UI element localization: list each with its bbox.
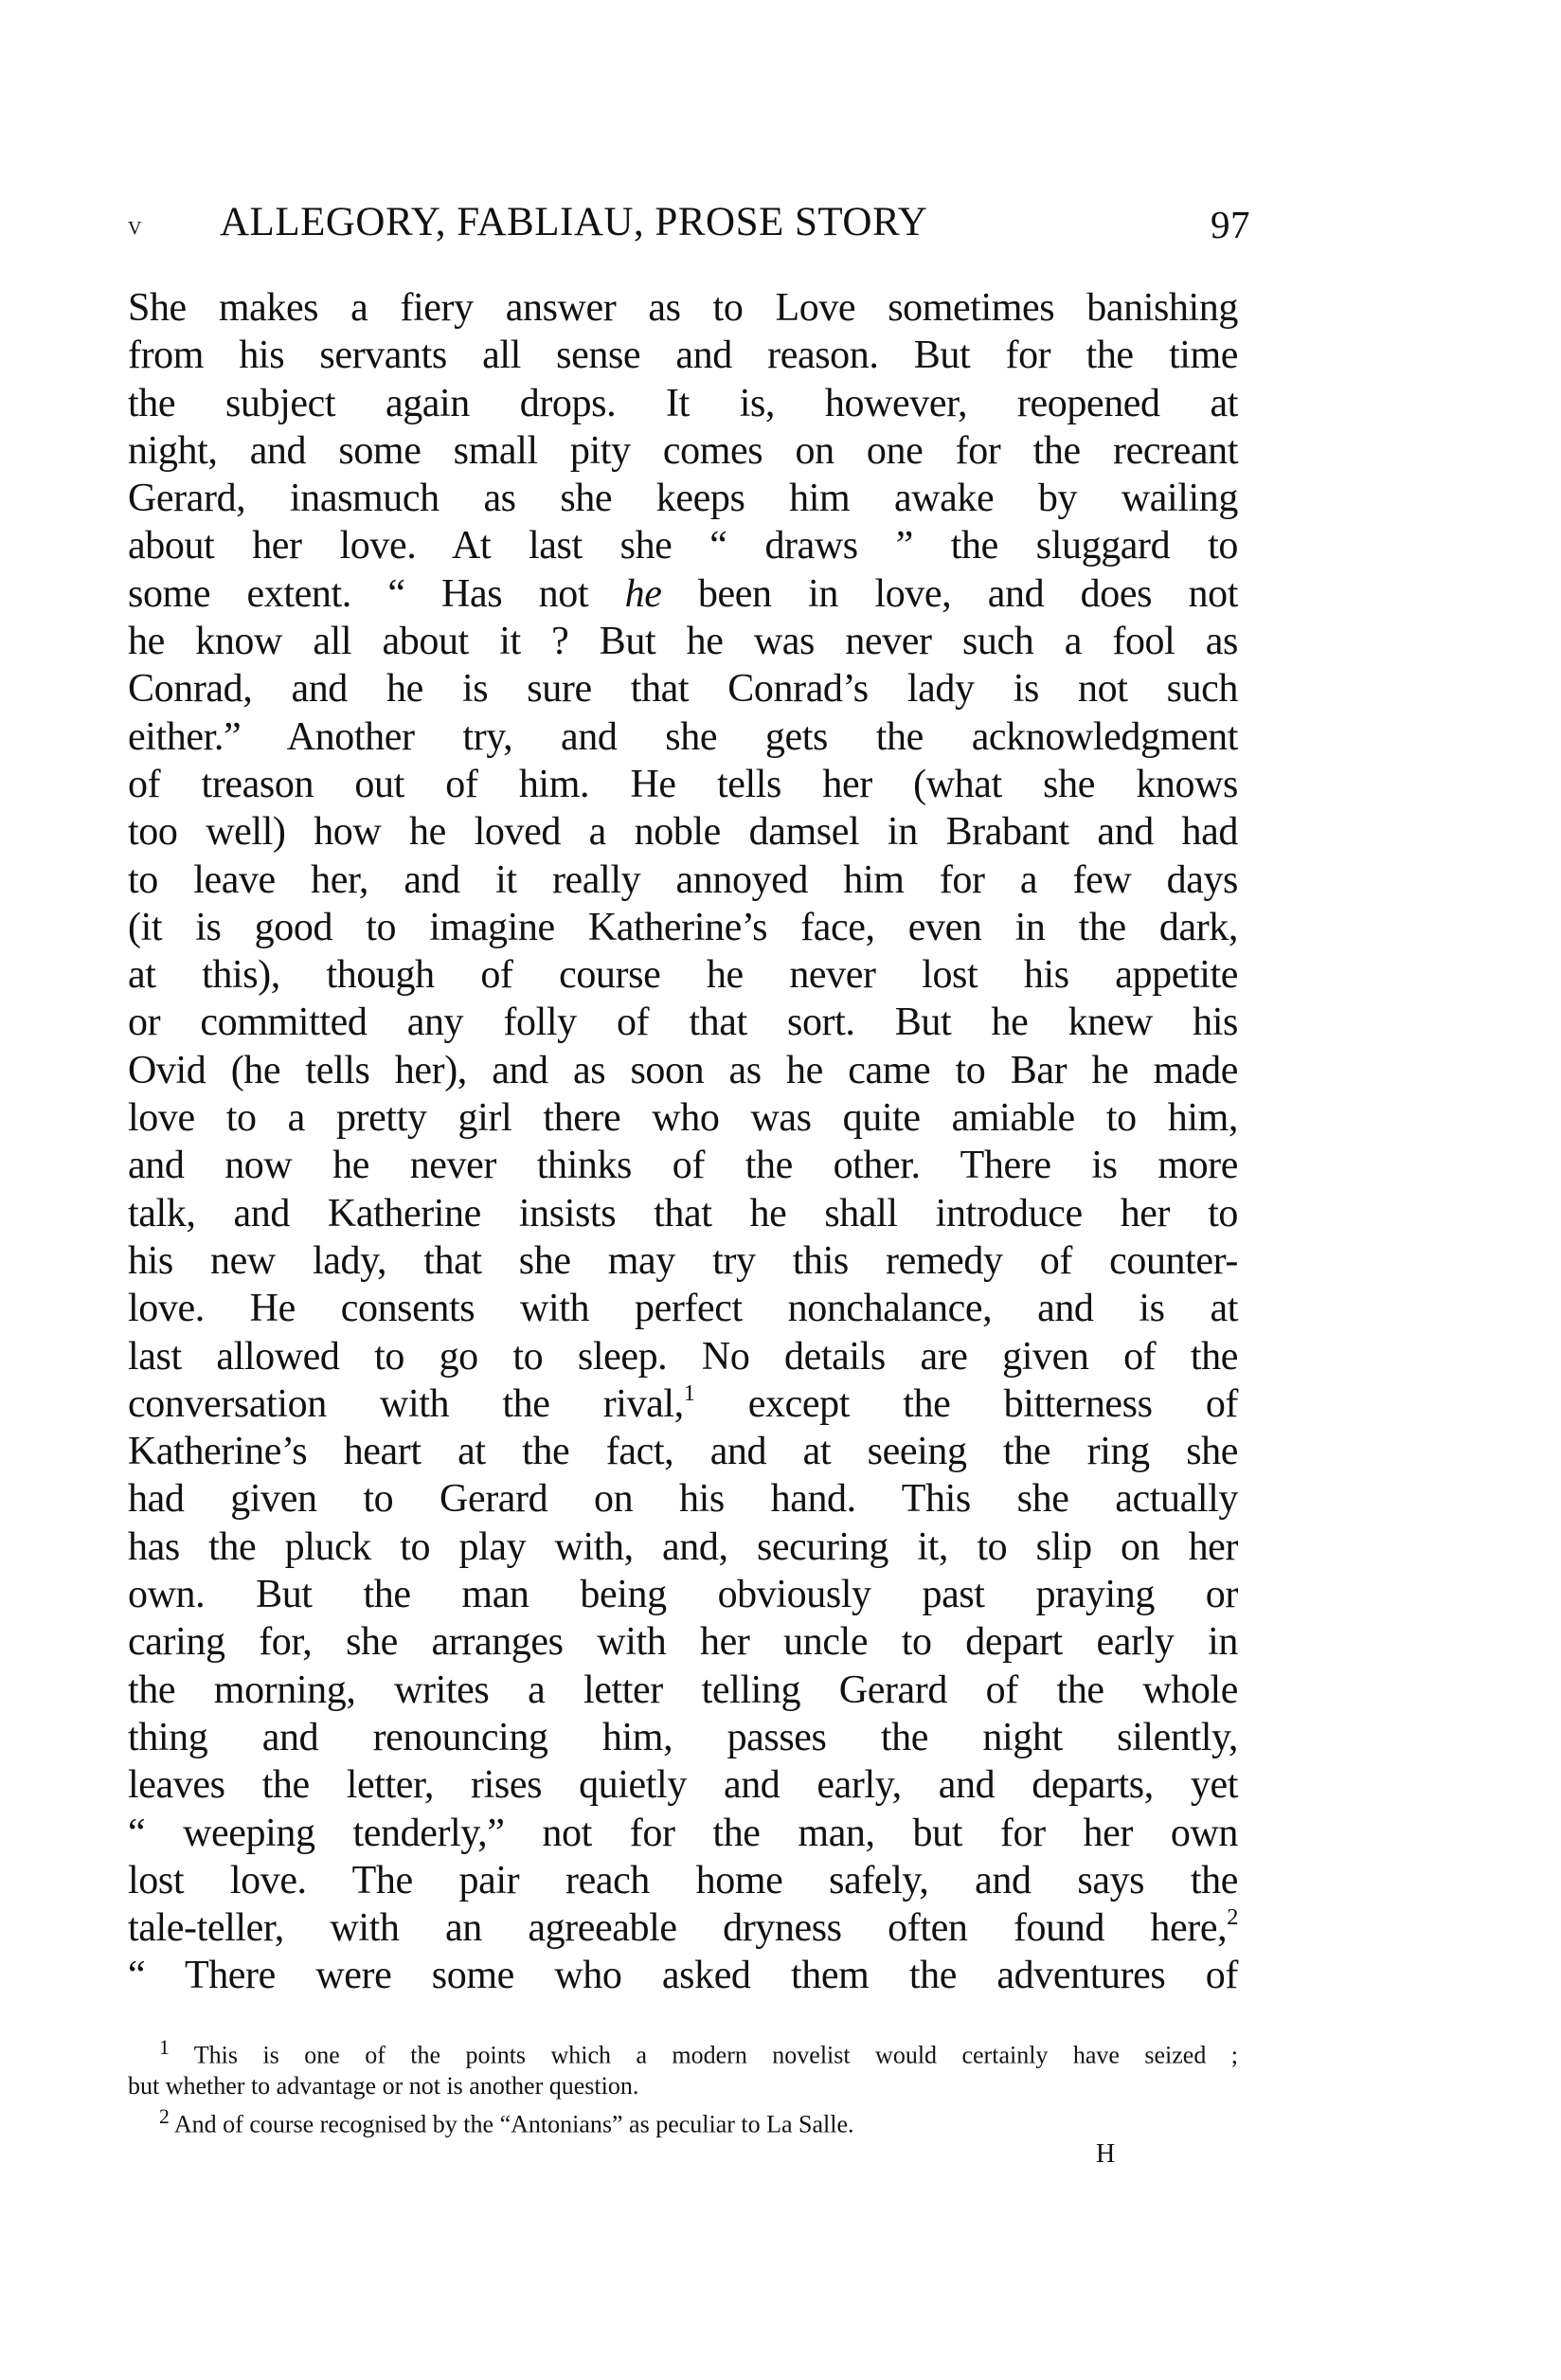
text-line: his new lady, that she may try this reme…	[128, 1237, 1238, 1285]
text-line: thing and renouncing him, passes the nig…	[128, 1714, 1238, 1761]
body-text: She makes a fiery answer as to Love some…	[128, 284, 1238, 2000]
text-segment: except the bitterness of	[695, 1382, 1238, 1426]
footnote-2: 2 And of course recognised by the “Anton…	[128, 2101, 1238, 2140]
text-line: conversation with the rival,1 except the…	[128, 1380, 1238, 1428]
text-line: talk, and Katherine insists that he shal…	[128, 1190, 1238, 1237]
chapter-number: v	[128, 198, 142, 255]
text-line: Ovid (he tells her), and as soon as he c…	[128, 1047, 1238, 1094]
text-segment: conversation with the rival,	[128, 1382, 684, 1426]
text-line: he know all about it ? But he was never …	[128, 618, 1238, 665]
footnote-1: 1 This is one of the points which a mode…	[128, 2032, 1238, 2071]
text-line: about her love. At last she “ draws ” th…	[128, 522, 1238, 569]
text-line: own. But the man being obviously past pr…	[128, 1571, 1238, 1618]
text-line: lost love. The pair reach home safely, a…	[128, 1857, 1238, 1904]
text-line: “ weeping tenderly,” not for the man, bu…	[128, 1810, 1238, 1857]
footnote-text: This is one of the points which a modern…	[170, 2042, 1238, 2069]
footnote-ref-2[interactable]: 2	[1227, 1904, 1238, 1930]
text-line: too well) how he loved a noble damsel in…	[128, 808, 1238, 856]
footnote-marker-2: 2	[159, 2105, 170, 2128]
page-number: 97	[1211, 196, 1250, 253]
footnotes: 1 This is one of the points which a mode…	[128, 2032, 1238, 2139]
footnote-ref-1[interactable]: 1	[684, 1380, 695, 1406]
text-line: Katherine’s heart at the fact, and at se…	[128, 1428, 1238, 1475]
text-line: the subject again drops. It is, however,…	[128, 380, 1238, 427]
text-line: either.” Another try, and she gets the a…	[128, 713, 1238, 761]
text-line: the morning, writes a letter telling Ger…	[128, 1667, 1238, 1714]
text-line: some extent. “ Has not he been in love, …	[128, 570, 1238, 618]
text-line: Conrad, and he is sure that Conrad’s lad…	[128, 665, 1238, 712]
running-head: v ALLEGORY, FABLIAU, PROSE STORY 97	[128, 194, 1250, 251]
text-line: “ There were some who asked them the adv…	[128, 1952, 1238, 1999]
text-line: last allowed to go to sleep. No details …	[128, 1333, 1238, 1380]
text-line: caring for, she arranges with her uncle …	[128, 1618, 1238, 1666]
text-line: and now he never thinks of the other. Th…	[128, 1142, 1238, 1189]
footnote-1-continued: but whether to advantage or not is anoth…	[128, 2071, 1238, 2101]
book-page: v ALLEGORY, FABLIAU, PROSE STORY 97 She …	[0, 0, 1561, 2380]
text-line: or committed any folly of that sort. But…	[128, 999, 1238, 1046]
text-line: had given to Gerard on his hand. This sh…	[128, 1475, 1238, 1523]
running-head-title: ALLEGORY, FABLIAU, PROSE STORY	[220, 194, 927, 251]
text-line: has the pluck to play with, and, securin…	[128, 1524, 1238, 1571]
text-line: Gerard, inasmuch as she keeps him awake …	[128, 475, 1238, 522]
text-line: to leave her, and it really annoyed him …	[128, 856, 1238, 904]
text-line: night, and some small pity comes on one …	[128, 427, 1238, 475]
text-line: from his servants all sense and reason. …	[128, 332, 1238, 379]
text-line: love to a pretty girl there who was quit…	[128, 1094, 1238, 1142]
text-line: at this), though of course he never lost…	[128, 951, 1238, 999]
text-segment: some extent. “ Has not	[128, 572, 625, 616]
footnote-marker-1: 1	[159, 2036, 170, 2059]
text-line: tale-teller, with an agreeable dryness o…	[128, 1904, 1238, 1952]
italic-emphasis: he	[625, 572, 662, 616]
text-line: of treason out of him. He tells her (wha…	[128, 761, 1238, 808]
text-segment: been in love, and does not	[661, 572, 1238, 616]
signature-mark: H	[1096, 2139, 1115, 2170]
text-line: love. He consents with perfect nonchalan…	[128, 1285, 1238, 1332]
footnote-text: And of course recognised by the “Antonia…	[170, 2110, 854, 2137]
text-line: (it is good to imagine Katherine’s face,…	[128, 904, 1238, 951]
text-line: She makes a fiery answer as to Love some…	[128, 284, 1238, 332]
text-segment: tale-teller, with an agreeable dryness o…	[128, 1906, 1227, 1950]
text-line: leaves the letter, rises quietly and ear…	[128, 1761, 1238, 1809]
